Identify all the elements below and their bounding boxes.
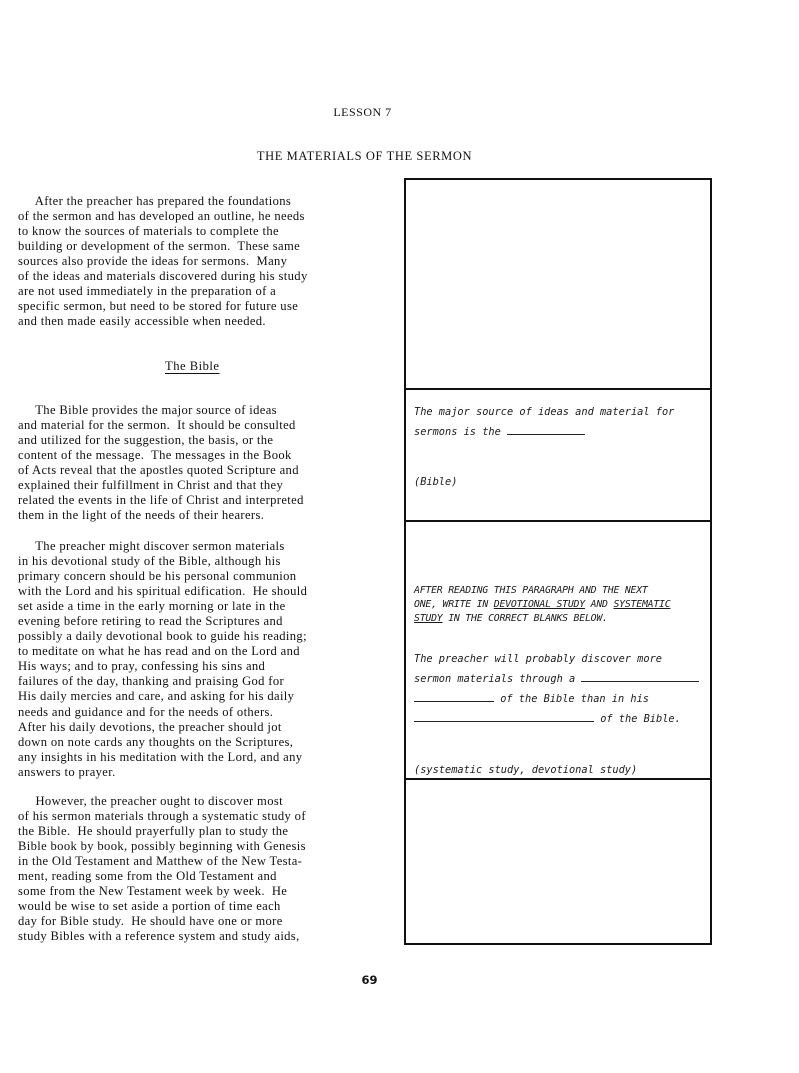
text-line: them in the light of the needs of their …	[18, 508, 402, 523]
text-line: of his sermon materials through a system…	[18, 809, 402, 824]
text-line: of the ideas and materials discovered du…	[18, 269, 402, 284]
text-line: building or development of the sermon. T…	[18, 239, 402, 254]
answer-blank[interactable]	[507, 423, 585, 435]
frame-divider	[406, 388, 710, 390]
text-line: related the events in the life of Christ…	[18, 493, 402, 508]
text-line: specific sermon, but need to be stored f…	[18, 299, 402, 314]
text-line: study Bibles with a reference system and…	[18, 929, 402, 944]
text-line: any insights in his meditation with the …	[18, 750, 402, 765]
term-devotional-study: DEVOTIONAL STUDY	[494, 599, 585, 610]
text-line: answers to prayer.	[18, 765, 402, 780]
text-line: of Acts reveal that the apostles quoted …	[18, 463, 402, 478]
paragraph-devotional-study: The preacher might discover sermon mater…	[18, 539, 402, 780]
section-heading-bible: The Bible	[165, 359, 220, 374]
text-line: to know the sources of materials to comp…	[18, 224, 402, 239]
text-line: needs and guidance and for the needs of …	[18, 705, 402, 720]
text-line: The preacher might discover sermon mater…	[18, 539, 402, 554]
text-line: However, the preacher ought to discover …	[18, 794, 402, 809]
text-line: the Bible. He should prayerfully plan to…	[18, 824, 402, 839]
paragraph-systematic-study: However, the preacher ought to discover …	[18, 794, 402, 944]
paragraph-intro: After the preacher has prepared the foun…	[18, 194, 402, 329]
text-line: in his devotional study of the Bible, al…	[18, 554, 402, 569]
programmed-frames-box: The major source of ideas and material f…	[404, 178, 712, 945]
paragraph-bible-source: The Bible provides the major source of i…	[18, 403, 402, 523]
text-line: and material for the sermon. It should b…	[18, 418, 402, 433]
term-study: STUDY	[414, 613, 443, 624]
text-line: with the Lord and his spiritual edificat…	[18, 584, 402, 599]
answer-blank[interactable]	[414, 690, 494, 702]
frame-1-answer: (Bible)	[414, 476, 706, 488]
text-line: some from the New Testament week by week…	[18, 884, 402, 899]
answer-blank[interactable]	[581, 670, 699, 682]
text-line: evening before retiring to read the Scri…	[18, 614, 402, 629]
text-line: are not used immediately in the preparat…	[18, 284, 402, 299]
text-line: sources also provide the ideas for sermo…	[18, 254, 402, 269]
answer-blank[interactable]	[414, 710, 594, 722]
page-number: 69	[0, 973, 739, 987]
frame-divider	[406, 778, 710, 780]
text-line: down on note cards any thoughts on the S…	[18, 735, 402, 750]
text-line: of the sermon and has developed an outli…	[18, 209, 402, 224]
text-line: ment, reading some from the Old Testamen…	[18, 869, 402, 884]
frame-1-question-line-2: sermons is the	[414, 422, 706, 442]
text-line: After his daily devotions, the preacher …	[18, 720, 402, 735]
text-line: The Bible provides the major source of i…	[18, 403, 402, 418]
document-page: LESSON 7 THE MATERIALS OF THE SERMON Aft…	[0, 0, 799, 1073]
frame-2-answer: (systematic study, devotional study)	[414, 764, 706, 776]
frame-divider	[406, 520, 710, 522]
text-line: Bible book by book, possibly beginning w…	[18, 839, 402, 854]
term-systematic: SYSTEMATIC	[613, 599, 670, 610]
text-line: would be wise to set aside a portion of …	[18, 899, 402, 914]
text-line: set aside a time in the early morning or…	[18, 599, 402, 614]
text-line: and then made easily accessible when nee…	[18, 314, 402, 329]
text-line: primary concern should be his personal c…	[18, 569, 402, 584]
text-line: His ways; and to pray, confessing his si…	[18, 659, 402, 674]
frame-2-question: The preacher will probably discover more…	[414, 649, 706, 729]
text-line: explained their fulfillment in Christ an…	[18, 478, 402, 493]
lesson-label: LESSON 7	[0, 105, 725, 120]
text-line: and utilized for the suggestion, the bas…	[18, 433, 402, 448]
frame-1-question-line-1: The major source of ideas and material f…	[414, 402, 706, 422]
text-line: After the preacher has prepared the foun…	[18, 194, 402, 209]
text-line: failures of the day, thanking and praisi…	[18, 674, 402, 689]
frame-1-question: The major source of ideas and material f…	[414, 402, 706, 442]
lesson-title: THE MATERIALS OF THE SERMON	[0, 149, 729, 164]
frame-2-instructions: AFTER READING THIS PARAGRAPH AND THE NEX…	[414, 584, 706, 626]
text-line: in the Old Testament and Matthew of the …	[18, 854, 402, 869]
text-line: His daily mercies and care, and asking f…	[18, 689, 402, 704]
text-line: content of the message. The messages in …	[18, 448, 402, 463]
text-line: day for Bible study. He should have one …	[18, 914, 402, 929]
text-line: to meditate on what he has read and on t…	[18, 644, 402, 659]
text-line: possibly a daily devotional book to guid…	[18, 629, 402, 644]
